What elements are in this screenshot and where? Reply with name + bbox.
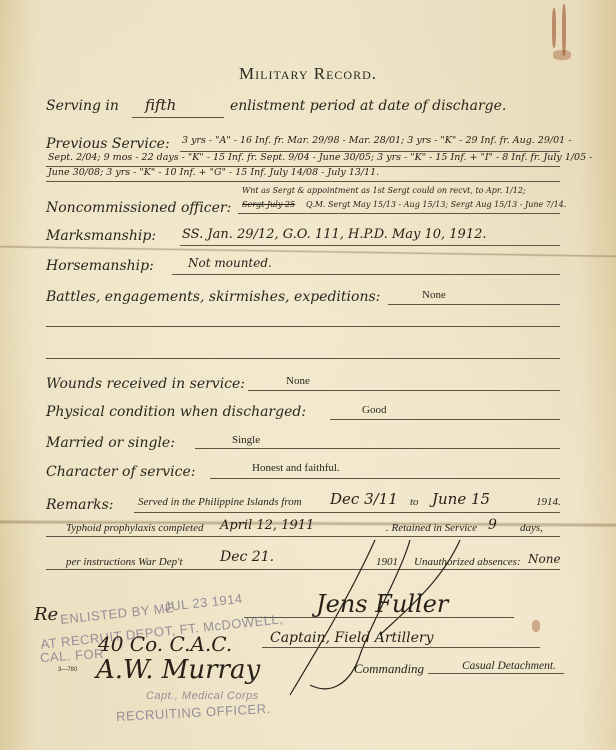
horsemanship-line	[172, 274, 560, 275]
remarks-from-date: Dec 3/11	[330, 490, 398, 508]
character-value: Honest and faithful.	[252, 462, 340, 474]
previous-service-value-1: 3 yrs - "A" - 16 Inf. fr. Mar. 29/98 - M…	[182, 135, 571, 146]
signature-line	[244, 617, 514, 618]
battles-value: None	[422, 289, 446, 301]
retained-unit: days,	[520, 522, 543, 534]
nco-line	[238, 213, 560, 214]
previous-service-value-3: June 30/08; 3 yrs - "K" - 10 Inf. + "G" …	[48, 167, 379, 178]
physical-condition-value: Good	[362, 404, 386, 416]
serving-label: Serving in	[46, 98, 119, 114]
serving-suffix: enlistment period at date of discharge.	[230, 98, 506, 114]
commander-title: Captain, Field Artillery	[270, 630, 434, 646]
commander-signature: Jens Fuller	[316, 590, 448, 618]
rust-stain	[552, 8, 556, 48]
title-line	[262, 647, 540, 648]
horsemanship-label: Horsemanship:	[46, 258, 154, 274]
character-line	[210, 478, 560, 479]
horsemanship-value: Not mounted.	[188, 256, 272, 270]
remarks-label: Remarks:	[46, 497, 114, 513]
battles-line-3	[46, 358, 560, 359]
battles-line-2	[46, 326, 560, 327]
serving-value: fifth	[145, 96, 176, 114]
previous-service-value-2: Sept. 2/04; 9 mos - 22 days - "K" - 15 I…	[48, 152, 592, 163]
rust-stain	[532, 620, 540, 632]
battles-label: Battles, engagements, skirmishes, expedi…	[46, 289, 380, 305]
wounds-line	[248, 390, 560, 391]
nco-label: Noncommissioned officer:	[46, 200, 231, 216]
form-number: 3—780	[58, 667, 77, 673]
document-title: Military Record.	[0, 64, 616, 84]
stamp-company: 40 Co. C.A.C.	[98, 632, 232, 656]
remarks-year: 1914.	[536, 496, 561, 508]
married-line	[195, 448, 560, 449]
stamp-prefix: Re	[34, 604, 58, 625]
serving-line	[132, 117, 224, 118]
married-label: Married or single:	[46, 435, 175, 451]
remarks-line	[134, 512, 560, 513]
nco-value-2: Q.M. Sergt May 15/13 - Aug 15/13; Sergt …	[306, 200, 566, 209]
physical-condition-label: Physical condition when discharged:	[46, 404, 306, 420]
nco-struck-value: Sergt July 25	[242, 200, 295, 209]
remarks-to-date: June 15	[432, 490, 490, 508]
married-value: Single	[232, 434, 260, 446]
recruiting-officer-signature: A.W. Murray	[96, 655, 260, 685]
per-instructions-label: per instructions War Dep't	[66, 556, 183, 568]
character-label: Character of service:	[46, 464, 195, 480]
recruiting-officer-title: Capt., Medical Corps	[146, 690, 259, 702]
previous-service-line	[46, 181, 560, 182]
typhoid-date: April 12, 1911	[220, 518, 314, 533]
marksmanship-value: SS. Jan. 29/12, G.O. 111, H.P.D. May 10,…	[182, 227, 487, 242]
typhoid-label: Typhoid prophylaxis completed	[66, 522, 203, 534]
remarks-to-word: to	[410, 496, 419, 508]
commanding-label: Commanding	[354, 661, 424, 677]
wounds-value: None	[286, 375, 310, 387]
battles-value-text: None	[422, 289, 446, 301]
nco-value-1: Wnt as Sergt & appointment as 1st Sergt …	[242, 186, 526, 195]
wounds-label: Wounds received in service:	[46, 376, 245, 392]
rust-stain	[553, 50, 571, 60]
signature-flourish	[250, 535, 490, 705]
remarks-served-text: Served in the Philippine Islands from	[138, 496, 302, 508]
retained-label: . Retained in Service	[386, 522, 477, 534]
rust-stain	[562, 4, 566, 56]
retained-value: 9	[488, 517, 497, 533]
physical-condition-line	[330, 419, 560, 420]
unauthorized-value: None	[528, 552, 561, 566]
commanding-unit: Casual Detachment.	[462, 660, 556, 672]
marksmanship-label: Marksmanship:	[46, 228, 156, 244]
commanding-line	[428, 673, 564, 674]
previous-service-label: Previous Service:	[46, 136, 170, 152]
marksmanship-line	[180, 245, 560, 246]
battles-line	[388, 304, 560, 305]
